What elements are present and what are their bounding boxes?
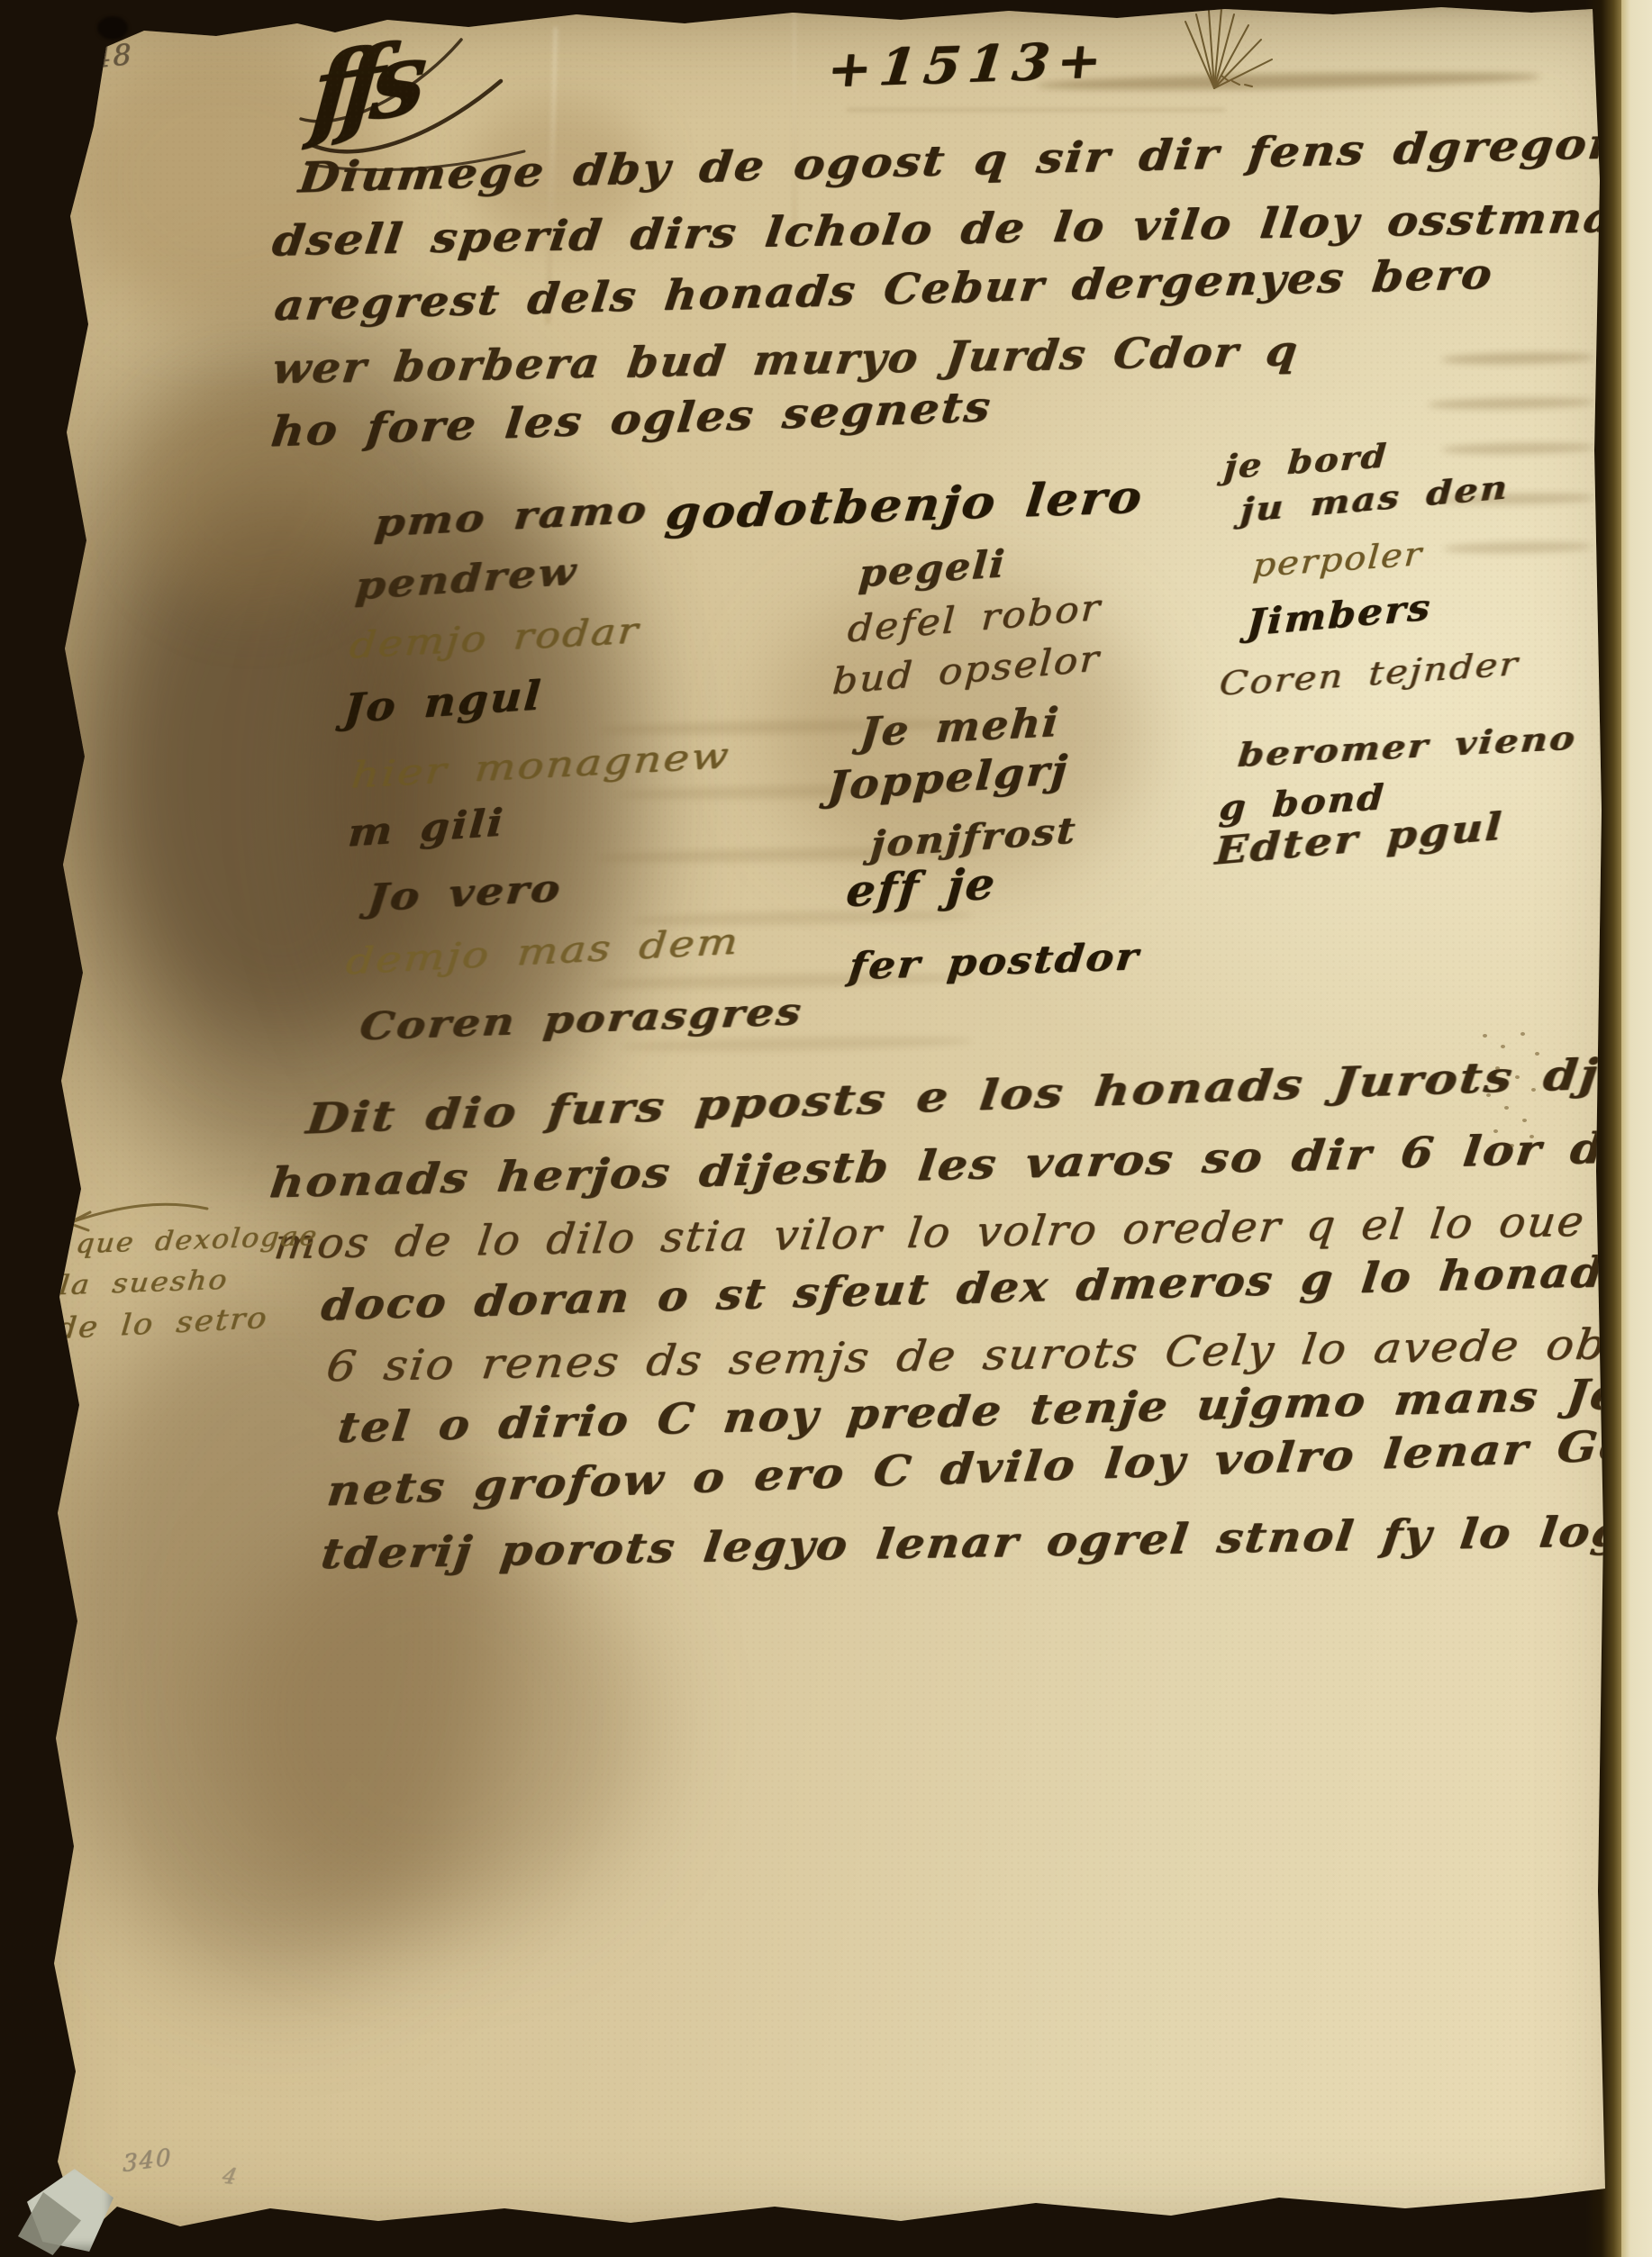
speckle-dot xyxy=(1483,1034,1487,1038)
name-entry-col3: je bord xyxy=(1222,437,1389,486)
year-heading: +1513+ xyxy=(824,30,1112,99)
margin-note-line: la suesho xyxy=(58,1264,230,1301)
para1-line: ho fore les ogles segnets xyxy=(268,382,994,456)
speckle-dot xyxy=(1510,1144,1514,1147)
speckle-dot xyxy=(1495,1066,1500,1070)
speckle-dot xyxy=(1522,1119,1527,1122)
name-entry-col3: Jimbers xyxy=(1246,585,1433,644)
para1-line: wer borbera bud muryo Jurds Cdor q xyxy=(269,326,1302,393)
para1-line: Diumege dby de ogost q sir dir fens dgre… xyxy=(296,119,1618,202)
name-entry-col2: Joppelgrj xyxy=(825,747,1070,810)
bleed-through-mark xyxy=(1428,396,1594,410)
speckle-dot xyxy=(1529,1135,1534,1138)
name-entry-col2: pegeli xyxy=(858,541,1008,596)
speckle-dot xyxy=(1531,1088,1536,1092)
next-page-edge xyxy=(1616,0,1652,2257)
name-entry-col1: demjo mas dem xyxy=(344,920,741,983)
name-entry-col3: Coren tejnder xyxy=(1218,646,1520,704)
bleed-through-mark xyxy=(1441,352,1594,366)
name-entry-col2: Je mehi xyxy=(858,699,1062,756)
speckle-dot xyxy=(1501,1045,1505,1048)
paper-crease xyxy=(793,9,796,225)
edge-ink-mark: ſo xyxy=(28,1070,50,1093)
bleed-through-mark xyxy=(1443,541,1592,555)
name-entry-col1: hier monagnew xyxy=(349,735,732,796)
name-entry-col2: eff je xyxy=(844,858,998,917)
paper-crease xyxy=(847,108,1225,112)
speckle-dot xyxy=(1535,1052,1539,1056)
margin-note-line: de lo setro xyxy=(55,1301,269,1346)
bleed-through-mark xyxy=(1441,442,1594,456)
speckle-dot xyxy=(1486,1093,1491,1097)
folio-number: 348 xyxy=(72,37,133,77)
name-entry-col2: jonjfrost xyxy=(869,809,1078,866)
speckle-dot xyxy=(1515,1075,1520,1079)
name-entry-col1: pendrew xyxy=(354,548,579,609)
name-entry-col1: Coren porasgres xyxy=(358,989,805,1048)
name-entry-col1: pmo ramo xyxy=(373,486,650,545)
name-entry-col1: m gili xyxy=(347,800,506,856)
bleed-through-mark xyxy=(1036,69,1540,93)
speckle-dot xyxy=(1493,1129,1498,1133)
speckle-dot xyxy=(1504,1106,1509,1110)
name-entry-col3: beromer vieno xyxy=(1236,719,1578,775)
speckle-dot xyxy=(1520,1032,1525,1036)
pencil-folio-number: 340 xyxy=(123,2144,172,2178)
name-entry-col3: perpoler xyxy=(1251,536,1424,585)
ihs-monogram-text: ffs xyxy=(306,18,419,153)
sunburst-doodle-icon xyxy=(1169,5,1304,95)
manuscript-page: Diumege dby de ogost q sir dir fens dgre… xyxy=(0,0,1652,2257)
para2-line: tderij porots legyo lenar ogrel stnol fy… xyxy=(318,1505,1652,1578)
manuscript-scan: Diumege dby de ogost q sir dir fens dgre… xyxy=(0,0,1652,2257)
name-entry-col1: demjo rodar xyxy=(348,610,641,666)
ink-blot xyxy=(97,16,128,40)
pencil-mark: 4 xyxy=(220,2163,241,2189)
name-entry-col2: fer postdor xyxy=(847,934,1142,988)
name-entry-col2: godotbenjo lero xyxy=(663,469,1146,539)
name-entry-col1: Jo vero xyxy=(366,866,564,920)
edge-ink-mark: ſŧ xyxy=(22,1826,49,1860)
name-entry-col1: Jo ngul xyxy=(341,673,543,733)
